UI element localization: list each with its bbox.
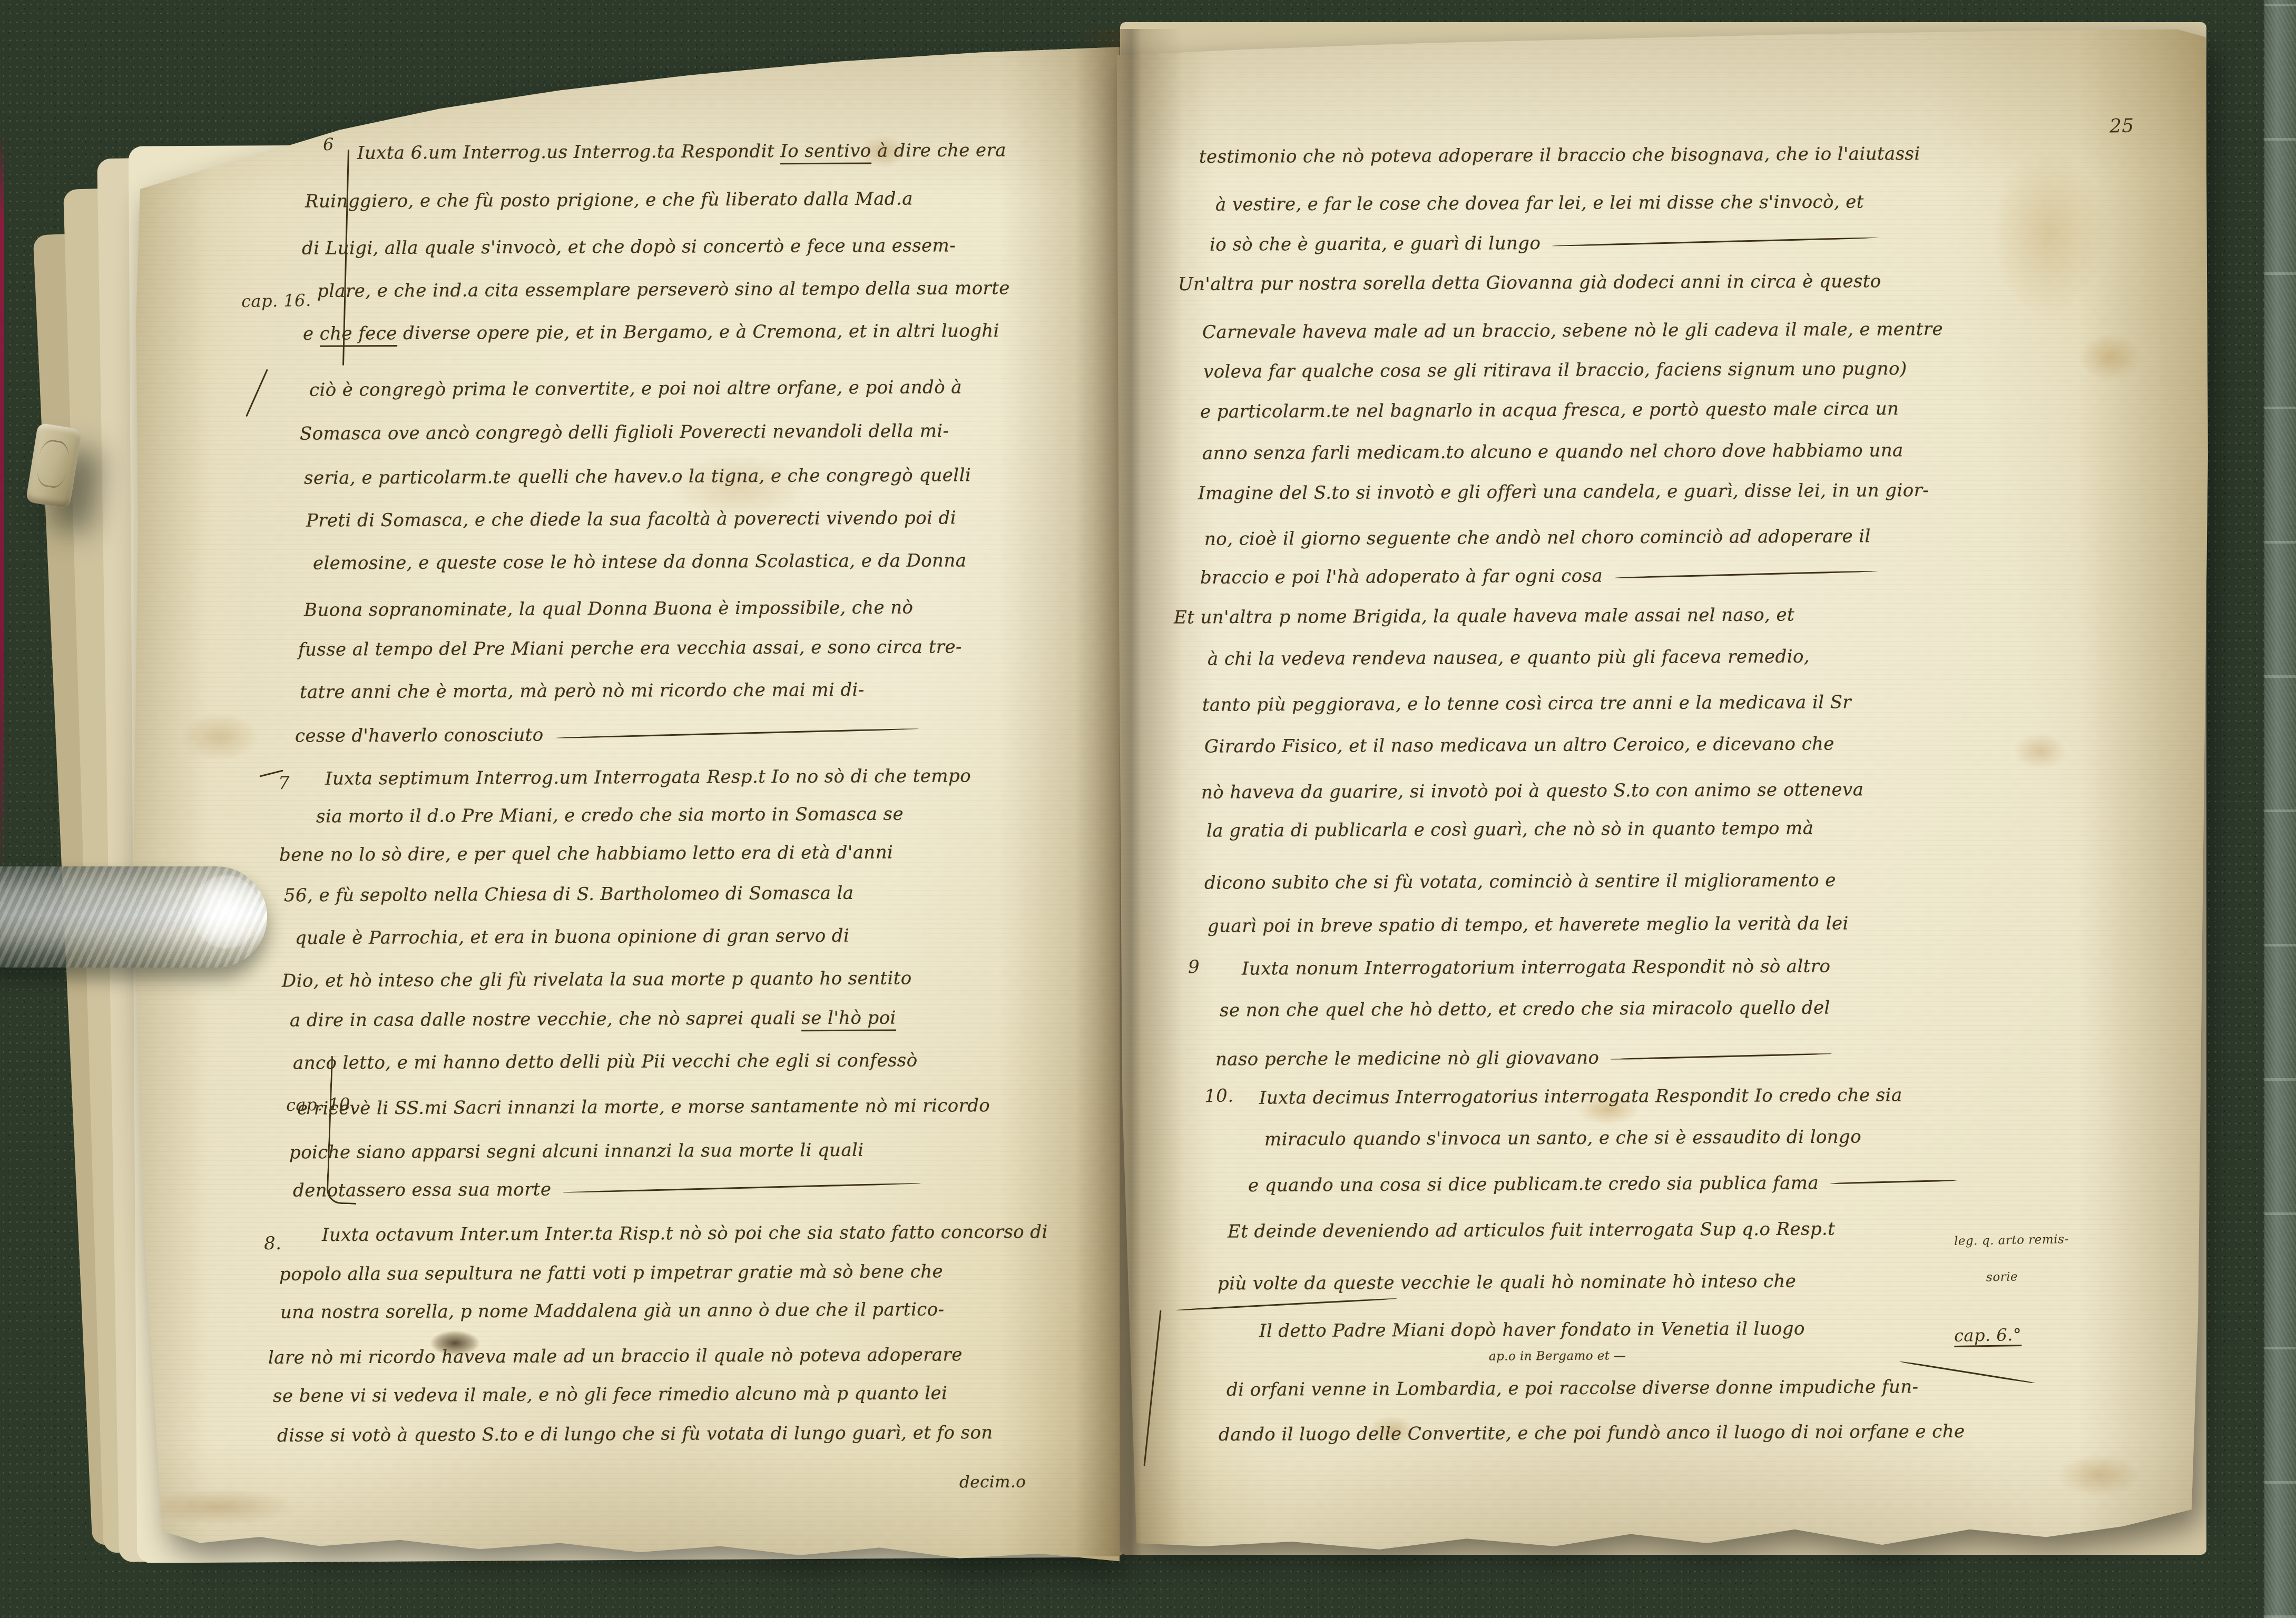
manuscript-line: à chi la vedeva rendeva nausea, e quanto… [1208, 647, 1810, 669]
manuscript-line: Et un'altra p nome Brigida, la quale hav… [1174, 605, 1794, 628]
margin-note: sorie [1986, 1271, 2018, 1284]
manuscript-line: io sò che è guarita, e guarì di lungo [1210, 232, 1879, 255]
manuscript-line: una nostra sorella, p nome Maddalena già… [280, 1300, 944, 1323]
manuscript-line: Iuxta nonum Interrogatorium interrogata … [1241, 957, 1830, 979]
margin-note: cap. 16. [241, 292, 311, 310]
manuscript-line: ciò è congregò prima le convertite, e po… [309, 378, 961, 400]
ink-rule [1553, 236, 1879, 246]
ink-rule [563, 1182, 921, 1193]
manuscript-line: di Luigi, alla quale s'invocò, et che do… [302, 236, 956, 259]
ink-flourish [1899, 1360, 2035, 1384]
margin-note: leg. q. arto remis- [1954, 1234, 2069, 1248]
manuscript-line: quale è Parrochia, et era in buona opini… [295, 926, 849, 949]
manuscript-line: dando il luogo delle Convertite, e che p… [1219, 1422, 1965, 1445]
manuscript-line: e particolarm.te nel bagnarlo in acqua f… [1200, 399, 1899, 422]
stain [180, 713, 259, 761]
manuscript-line: la gratia di publicarla e così guarì, ch… [1206, 819, 1813, 841]
stain [1991, 149, 2107, 318]
catchword: decim.o [959, 1473, 1026, 1492]
manuscript-line: di orfani venne in Lombardia, e poi racc… [1226, 1377, 1918, 1400]
margin-note: 9 [1188, 958, 1200, 976]
manuscript-line: Ruinggiero, e che fù posto prigione, e c… [305, 189, 913, 211]
manuscript-line: miraculo quando s'invoca un santo, e che… [1264, 1127, 1861, 1149]
manuscript-line: Girardo Fisico, et il naso medicava un a… [1204, 734, 1834, 757]
manuscript-line: naso perche le medicine nò gli giovavano [1215, 1048, 1832, 1070]
scan-edge-red-strip [0, 134, 4, 877]
manuscript-line: 56, e fù sepolto nella Chiesa di S. Bart… [284, 884, 854, 906]
manuscript-line: Il detto Padre Miani dopò haver fondato … [1259, 1319, 1805, 1341]
manuscript-line: plare, e che ind.a cita essemplare perse… [317, 279, 1010, 301]
manuscript-line: Iuxta decimus Interrogatorius interrogat… [1259, 1086, 1902, 1109]
manuscript-line: cesse d'haverlo conosciuto [295, 724, 919, 747]
manuscript-line: Iuxta septimum Interrog.um Interrogata R… [325, 767, 971, 790]
manuscript-line: no, cioè il giorno seguente che andò nel… [1204, 527, 1871, 549]
manuscript-line: se non che quel che hò detto, et credo c… [1220, 999, 1830, 1021]
manuscript-line: e che fece diverse opere pie, et in Berg… [303, 321, 999, 344]
margin-note: cap. 6.° [1954, 1326, 2022, 1347]
manuscript-line: e ricevè li SS.mi Sacri innanzi la morte… [297, 1096, 990, 1119]
manuscript-line: tatre anni che è morta, mà però nò mi ri… [300, 680, 865, 702]
right-page: 25 910.leg. q. arto remis-soriecap. 6.° … [1117, 26, 2210, 1562]
manuscript-line: poiche siano apparsi segni alcuni innanz… [289, 1141, 864, 1163]
folio-number: 25 [2109, 117, 2134, 136]
manuscript-line: seria, e particolarm.te quelli che havev… [304, 466, 971, 488]
stain [2079, 333, 2142, 381]
manuscript-line: Iuxta octavum Inter.um Inter.ta Risp.t n… [322, 1222, 1048, 1245]
manuscript-line: Somasca ove ancò congregò delli figlioli… [300, 422, 949, 445]
ink-bracket [1144, 1310, 1162, 1466]
manuscript-line: tanto più peggiorava, e lo tenne così ci… [1202, 693, 1851, 715]
manuscript-line: Buona sopranominate, la qual Donna Buona… [304, 598, 914, 620]
manuscript-photo: 6cap. 16.7cap. 10.8. Iuxta 6.um Interrog… [0, 0, 2296, 1618]
manuscript-line: denotassero essa sua morte [293, 1178, 921, 1201]
scan-edge-cloth-strip [2264, 0, 2296, 1618]
margin-note: 7 [278, 774, 290, 792]
manuscript-line: sia morto il d.o Pre Miani, e credo che … [316, 805, 904, 827]
margin-note: 8. [264, 1235, 282, 1253]
stain [2014, 733, 2066, 769]
interline-insertion: ap.o in Bergamo et — [1488, 1349, 1626, 1363]
stain [140, 1488, 298, 1525]
ink-rule [1611, 1053, 1832, 1060]
manuscript-line: Un'altra pur nostra sorella detta Giovan… [1178, 272, 1881, 294]
manuscript-line: braccio e poi l'hà adoperato à far ogni … [1200, 565, 1878, 588]
manuscript-line: voleva far qualche cosa se gli ritirava … [1203, 360, 1907, 382]
manuscript-line: à vestire, e far le cose che dovea far l… [1215, 192, 1864, 215]
ink-rule [1614, 570, 1878, 579]
manuscript-line: Imagine del S.to si invotò e gli offerì … [1198, 481, 1928, 504]
manuscript-line: più volte da queste vecchie le quali hò … [1218, 1272, 1796, 1294]
glass-roller-paperweight [0, 866, 267, 968]
manuscript-line: Carnevale haveva male ad un braccio, seb… [1202, 320, 1943, 343]
manuscript-line: bene no lo sò dire, e per quel che habbi… [279, 843, 893, 865]
manuscript-line: guarì poi in breve spatio di tempo, et h… [1208, 914, 1849, 936]
manuscript-line: Iuxta 6.um Interrog.us Interrog.ta Respo… [357, 141, 1006, 163]
manuscript-line: popolo alla sua sepultura ne fatti voti … [279, 1262, 943, 1285]
manuscript-line: lare nò mi ricordo haveva male ad un bra… [268, 1346, 963, 1368]
stain [2057, 1454, 2142, 1496]
manuscript-line: nò haveva da guarire, si invotò poi à qu… [1201, 780, 1863, 803]
manuscript-line: a dire in casa dalle nostre vecchie, che… [290, 1008, 896, 1030]
ink-rule [555, 728, 919, 738]
manuscript-line: Dio, et hò inteso che gli fù rivelata la… [282, 969, 912, 991]
manuscript-line: anno senza farli medicam.to alcuno e qua… [1202, 441, 1903, 463]
ink-rule [1830, 1179, 1957, 1184]
manuscript-line: disse si votò à questo S.to e di lungo c… [277, 1423, 993, 1446]
manuscript-line: e quando una cosa si dice publicam.te cr… [1248, 1173, 1957, 1196]
ink-flourish [1176, 1298, 1397, 1311]
manuscript-line: elemosine, e queste cose le hò intese da… [313, 551, 966, 574]
manuscript-line: testimonio che nò poteva adoperare il br… [1199, 144, 1920, 167]
ink-slash [246, 369, 268, 417]
manuscript-line: Preti di Somasca, e che diede la sua fac… [306, 508, 956, 531]
manuscript-line: fusse al tempo del Pre Miani perche era … [298, 637, 962, 660]
manuscript-line: se bene vi si vedeva il male, e nò gli f… [273, 1384, 947, 1406]
manuscript-line: Et deinde deveniendo ad articulos fuit i… [1227, 1219, 1834, 1241]
left-page: 6cap. 16.7cap. 10.8. Iuxta 6.um Interrog… [120, 45, 1120, 1564]
margin-note: 10. [1204, 1087, 1234, 1106]
manuscript-line: anco letto, e mi hanno detto delli più P… [293, 1051, 918, 1073]
margin-note: 6 [323, 136, 334, 153]
manuscript-line: dicono subito che si fù votata, cominciò… [1204, 871, 1836, 894]
